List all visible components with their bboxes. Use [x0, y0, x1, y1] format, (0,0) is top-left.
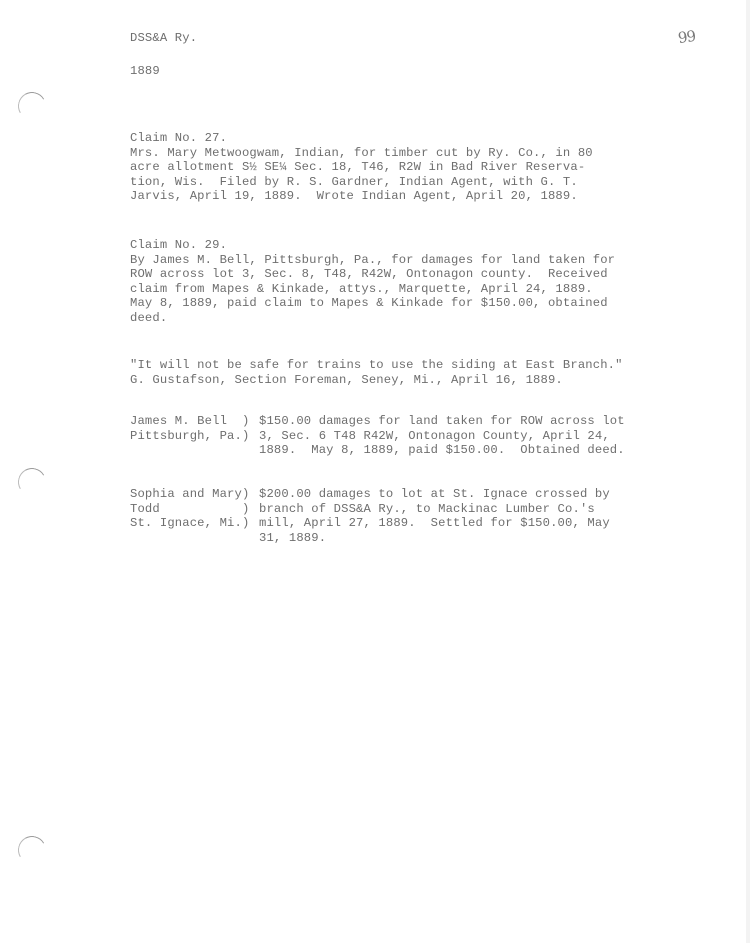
detail-line: mill, April 27, 1889. Settled for $150.0…: [259, 516, 639, 531]
claim-line: acre allotment S½ SE¼ Sec. 18, T46, R2W …: [130, 160, 630, 175]
handwritten-page-number: 99: [677, 29, 696, 46]
claim-29: Claim No. 29. By James M. Bell, Pittsbur…: [130, 238, 630, 326]
punch-hole-middle: [15, 465, 49, 499]
claim-line: claim from Mapes & Kinkade, attys., Marq…: [130, 282, 630, 297]
foreman-quote: "It will not be safe for trains to use t…: [130, 358, 630, 387]
entry-party: James M. Bell ) Pittsburgh, Pa.): [130, 414, 258, 443]
party-line: Todd ): [130, 502, 258, 517]
detail-line: 31, 1889.: [259, 531, 639, 546]
page-edge: [746, 0, 750, 943]
punch-hole-bottom: [15, 833, 49, 867]
claim-title: Claim No. 27.: [130, 131, 630, 146]
claim-27: Claim No. 27. Mrs. Mary Metwoogwam, Indi…: [130, 131, 630, 204]
quote-line: "It will not be safe for trains to use t…: [130, 358, 630, 373]
entry-detail: $150.00 damages for land taken for ROW a…: [259, 414, 639, 458]
entry-detail: $200.00 damages to lot at St. Ignace cro…: [259, 487, 639, 545]
claim-line: Mrs. Mary Metwoogwam, Indian, for timber…: [130, 146, 630, 161]
detail-line: $200.00 damages to lot at St. Ignace cro…: [259, 487, 639, 502]
detail-line: $150.00 damages for land taken for ROW a…: [259, 414, 639, 429]
party-line: Pittsburgh, Pa.): [130, 429, 258, 444]
punch-hole-top: [15, 89, 49, 123]
claim-line: ROW across lot 3, Sec. 8, T48, R42W, Ont…: [130, 267, 630, 282]
detail-line: branch of DSS&A Ry., to Mackinac Lumber …: [259, 502, 639, 517]
quote-attribution: G. Gustafson, Section Foreman, Seney, Mi…: [130, 373, 630, 388]
railway-header: DSS&A Ry.: [130, 31, 197, 46]
detail-line: 3, Sec. 6 T48 R42W, Ontonagon County, Ap…: [259, 429, 639, 444]
claim-title: Claim No. 29.: [130, 238, 630, 253]
claim-line: By James M. Bell, Pittsburgh, Pa., for d…: [130, 253, 630, 268]
entry-party: Sophia and Mary) Todd ) St. Ignace, Mi.): [130, 487, 258, 531]
year-header: 1889: [130, 64, 160, 79]
party-line: St. Ignace, Mi.): [130, 516, 258, 531]
detail-line: 1889. May 8, 1889, paid $150.00. Obtaine…: [259, 443, 639, 458]
claim-line: Jarvis, April 19, 1889. Wrote Indian Age…: [130, 189, 630, 204]
party-line: Sophia and Mary): [130, 487, 258, 502]
party-line: James M. Bell ): [130, 414, 258, 429]
claim-line: May 8, 1889, paid claim to Mapes & Kinka…: [130, 296, 630, 311]
claim-line: tion, Wis. Filed by R. S. Gardner, India…: [130, 175, 630, 190]
claim-line: deed.: [130, 311, 630, 326]
